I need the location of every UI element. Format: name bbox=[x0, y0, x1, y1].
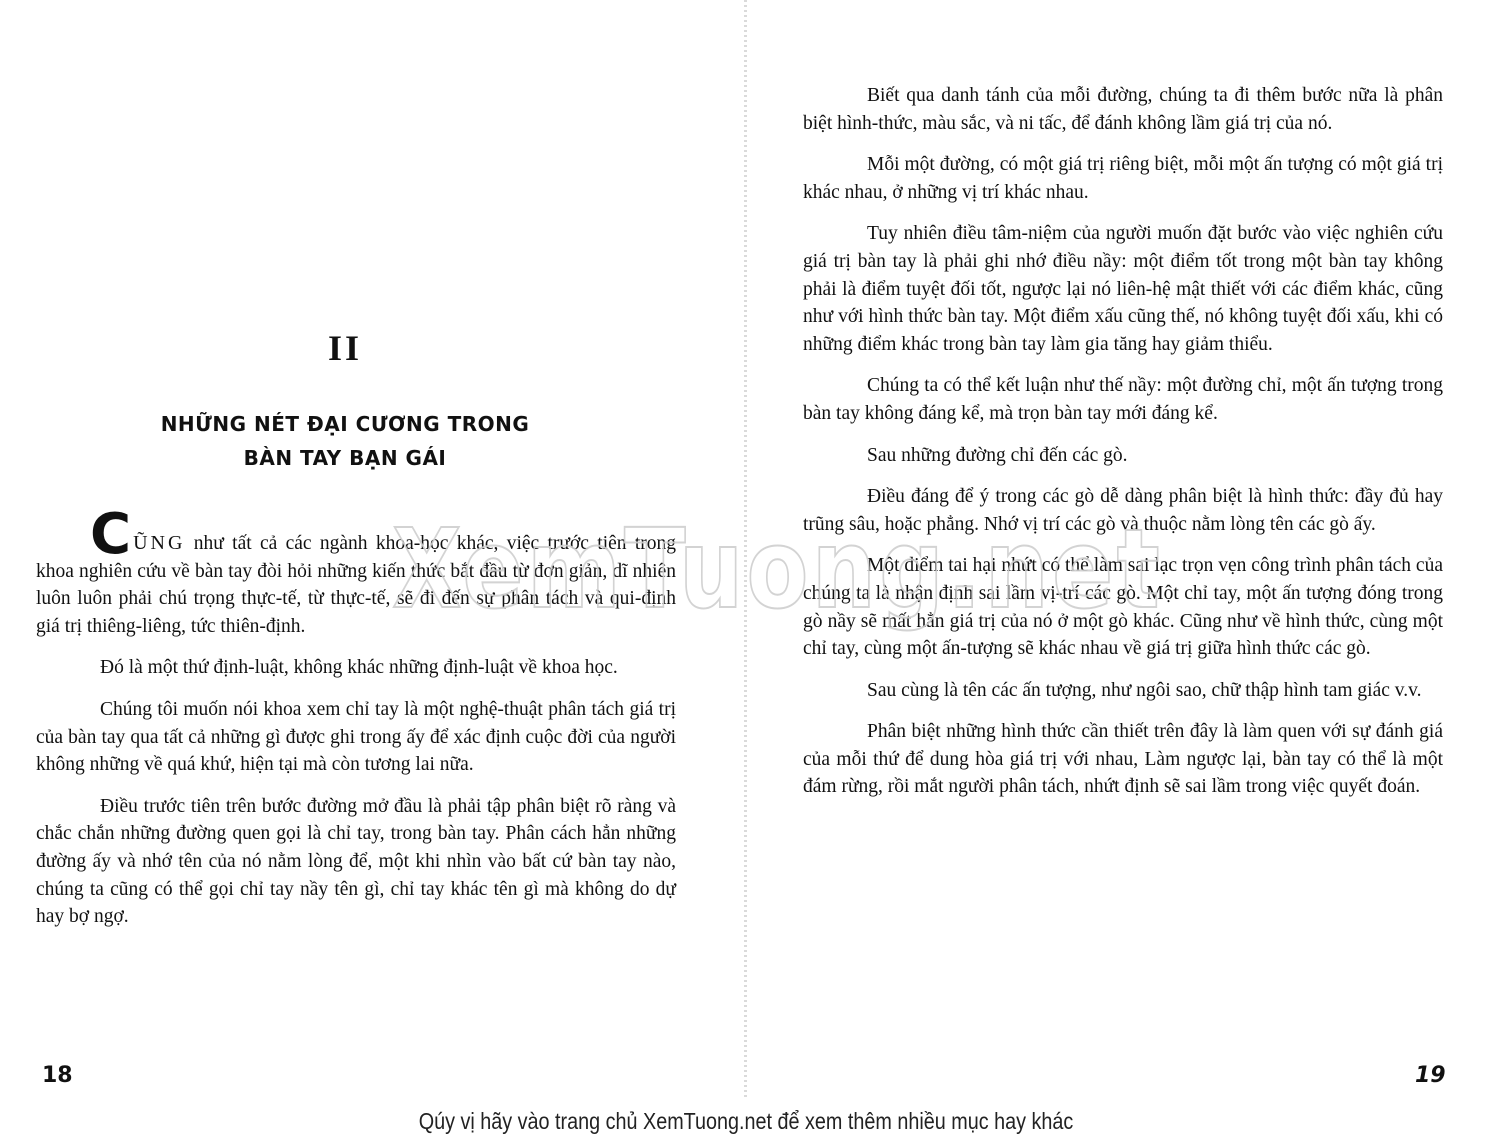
paragraph: Điều trước tiên trên bước đường mở đầu l… bbox=[36, 793, 676, 931]
drop-cap-rest: ŨNG bbox=[133, 532, 185, 554]
paragraph: Sau những đường chỉ đến các gò. bbox=[803, 442, 1443, 470]
paragraph: Mỗi một đường, có một giá trị riêng biệt… bbox=[803, 151, 1443, 206]
paragraph: Phân biệt những hình thức cần thiết trên… bbox=[803, 718, 1443, 801]
paragraph: Điều đáng để ý trong các gò dễ dàng phân… bbox=[803, 483, 1443, 538]
chapter-title-line-1: NHỮNG NÉT ĐẠI CƯƠNG TRONG bbox=[0, 412, 690, 436]
paragraph: Biết qua danh tánh của mỗi đường, chúng … bbox=[803, 82, 1443, 137]
page-number-left: 18 bbox=[42, 1063, 73, 1088]
paragraph: Tuy nhiên điều tâm-niệm của người muốn đ… bbox=[803, 220, 1443, 358]
left-page-body: CŨNG như tất cả các ngành khoa-học khác,… bbox=[36, 515, 676, 945]
paragraph: Chúng ta có thể kết luận như thế nầy: mộ… bbox=[803, 372, 1443, 427]
paragraph-text: như tất cả các ngành khoa-học khác, việc… bbox=[36, 533, 676, 637]
paragraph: Chúng tôi muốn nói khoa xem chỉ tay là m… bbox=[36, 696, 676, 779]
left-page: II NHỮNG NÉT ĐẠI CƯƠNG TRONG BÀN TAY BẠN… bbox=[0, 0, 745, 1100]
chapter-title-line-2: BÀN TAY BẠN GÁI bbox=[0, 446, 690, 470]
footer-banner: Qúy vị hãy vào trang chủ XemTuong.net để… bbox=[104, 1108, 1387, 1135]
paragraph: Đó là một thứ định-luật, không khác nhữn… bbox=[36, 654, 676, 682]
right-page-body: Biết qua danh tánh của mỗi đường, chúng … bbox=[803, 82, 1443, 815]
drop-cap: C bbox=[90, 502, 131, 567]
paragraph: CŨNG như tất cả các ngành khoa-học khác,… bbox=[36, 515, 676, 640]
paragraph: Sau cùng là tên các ấn tượng, như ngôi s… bbox=[803, 677, 1443, 705]
paragraph: Một điểm tai hại nhứt có thể làm sai lạc… bbox=[803, 552, 1443, 662]
page-number-right: 19 bbox=[1415, 1063, 1446, 1088]
chapter-number: II bbox=[0, 327, 690, 369]
